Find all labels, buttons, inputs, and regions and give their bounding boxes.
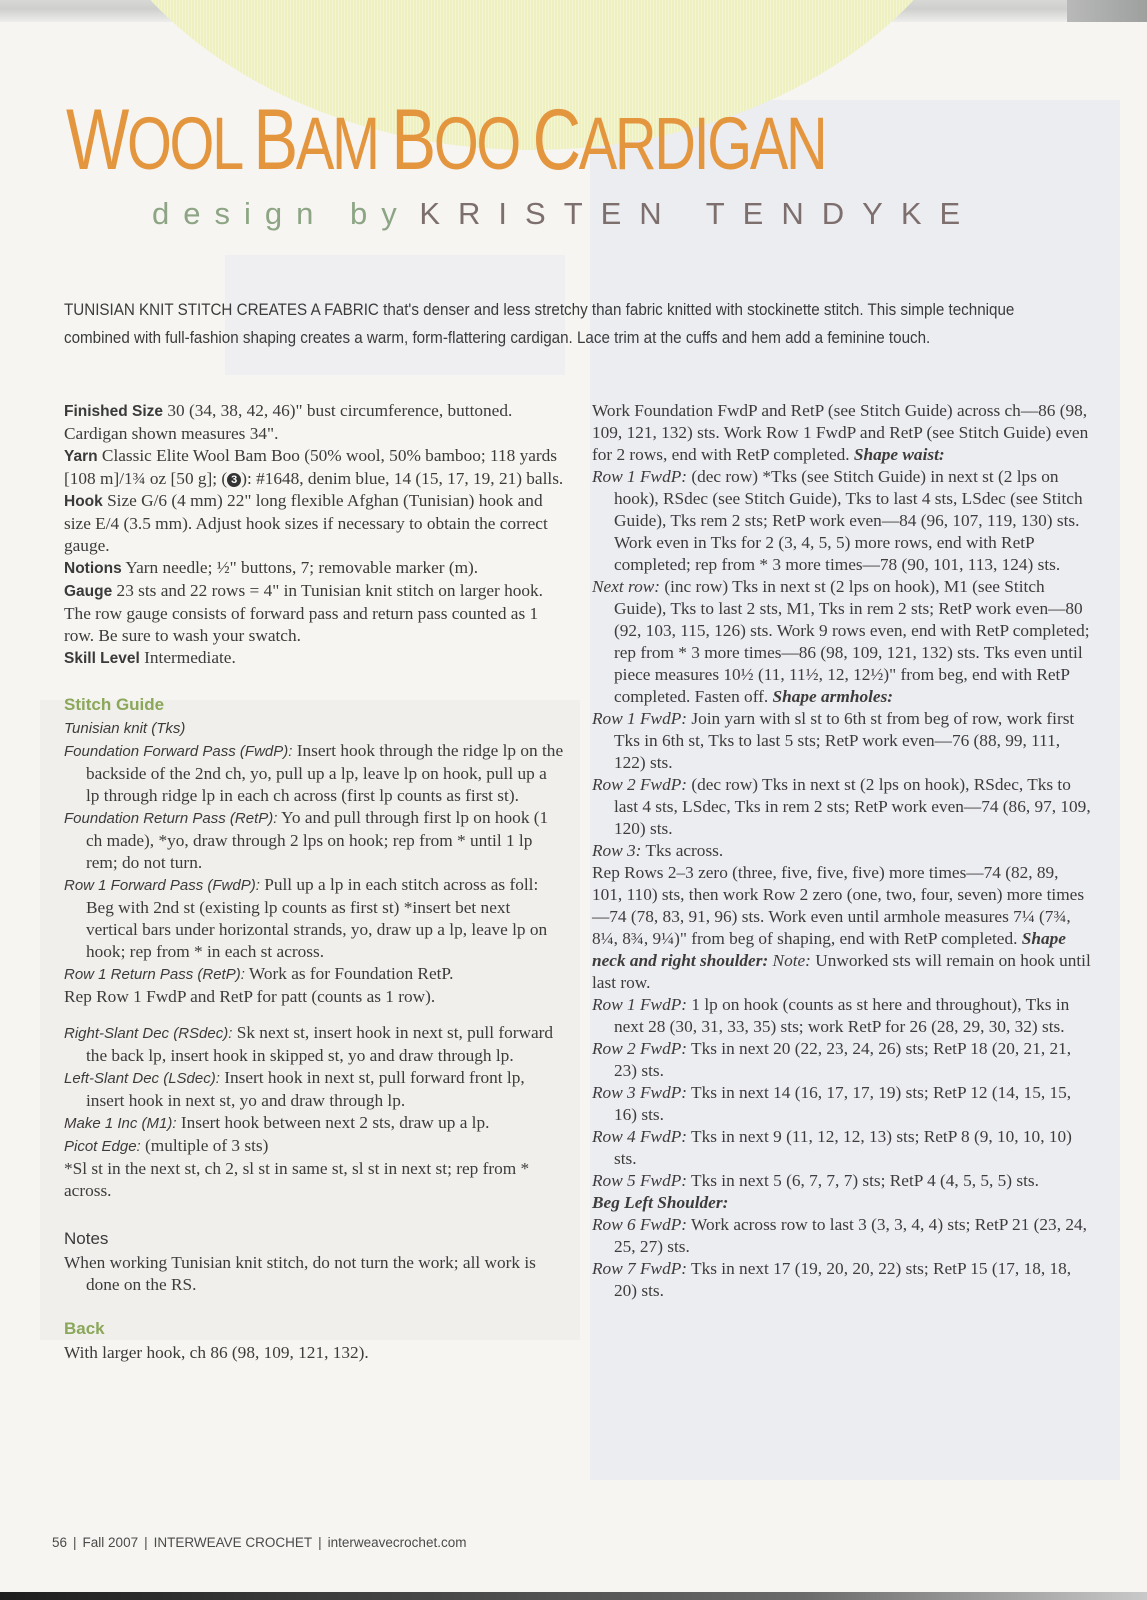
- section-label: Shape armholes:: [773, 687, 894, 706]
- stitch-entry: Make 1 Inc (M1): Insert hook between nex…: [64, 1112, 564, 1135]
- spec-key: Notions: [64, 560, 122, 577]
- spec-value: 23 sts and 22 rows = 4" in Tunisian knit…: [64, 581, 543, 645]
- stitch-entry: Row 1 Return Pass (RetP): Work as for Fo…: [64, 963, 564, 986]
- stitch-term: Row 1 Forward Pass (FwdP):: [64, 877, 260, 894]
- row-label: Row 7 FwdP:: [592, 1259, 687, 1278]
- spec-hook: Hook Size G/6 (4 mm) 22" long flexible A…: [64, 490, 564, 557]
- footer-separator: |: [144, 1535, 148, 1550]
- stitch-term: Make 1 Inc (M1):: [64, 1115, 177, 1132]
- row-label: Row 2 FwdP:: [592, 775, 687, 794]
- spec-finished-size: Finished Size 30 (34, 38, 42, 46)" bust …: [64, 400, 564, 445]
- rep-line: Rep Row 1 FwdP and RetP for patt (counts…: [64, 986, 564, 1008]
- stitch-guide-heading: Stitch Guide: [64, 694, 564, 716]
- row-label: Row 1 FwdP:: [592, 709, 687, 728]
- back-heading: Back: [64, 1318, 564, 1340]
- spec-gauge: Gauge 23 sts and 22 rows = 4" in Tunisia…: [64, 580, 564, 647]
- stitch-entry: Left-Slant Dec (LSdec): Insert hook in n…: [64, 1067, 564, 1112]
- row-text: Tks in next 5 (6, 7, 7, 7) sts; RetP 4 (…: [687, 1171, 1039, 1190]
- row-instruction: Row 4 FwdP: Tks in next 9 (11, 12, 12, 1…: [592, 1126, 1092, 1170]
- back-text: With larger hook, ch 86 (98, 109, 121, 1…: [64, 1342, 564, 1364]
- stitch-entry: Picot Edge: (multiple of 3 sts): [64, 1135, 564, 1158]
- spec-key: Gauge: [64, 583, 112, 600]
- stitch-text: Insert hook between next 2 sts, draw up …: [177, 1113, 490, 1132]
- spec-value: Intermediate.: [140, 648, 236, 667]
- left-shoulder-heading: Beg Left Shoulder:: [592, 1192, 1092, 1214]
- instruction-text: Work Foundation FwdP and RetP (see Stitc…: [592, 401, 1088, 464]
- row-label: Row 5 FwdP:: [592, 1171, 687, 1190]
- notes-text: When working Tunisian knit stitch, do no…: [64, 1252, 564, 1296]
- byline-prefix: design by: [152, 196, 411, 231]
- stitch-entry: Foundation Return Pass (RetP): Yo and pu…: [64, 807, 564, 874]
- row-instruction: Row 2 FwdP: (dec row) Tks in next st (2 …: [592, 774, 1092, 840]
- row-instruction: Row 6 FwdP: Work across row to last 3 (3…: [592, 1214, 1092, 1258]
- section-label: Beg Left Shoulder:: [592, 1193, 728, 1212]
- page-footer: 56|Fall 2007|INTERWEAVE CROCHET|interwea…: [52, 1535, 466, 1550]
- spec-skill-level: Skill Level Intermediate.: [64, 647, 564, 670]
- row-label: Row 1 FwdP:: [592, 995, 687, 1014]
- yarn-weight-icon: 3: [227, 473, 241, 487]
- stitch-term: Foundation Return Pass (RetP):: [64, 810, 277, 827]
- stitch-entry: Foundation Forward Pass (FwdP): Insert h…: [64, 740, 564, 807]
- row-instruction: Next row: (inc row) Tks in next st (2 lp…: [592, 576, 1092, 708]
- title-letter: W: [66, 92, 127, 188]
- stitch-term: Picot Edge:: [64, 1138, 141, 1155]
- notes-heading: Notes: [64, 1228, 564, 1250]
- title-letter: C: [533, 92, 579, 188]
- magazine-name: INTERWEAVE CROCHET: [154, 1535, 313, 1550]
- stitch-term: Left-Slant Dec (LSdec):: [64, 1070, 220, 1087]
- spec-notions: Notions Yarn needle; ½" buttons, 7; remo…: [64, 557, 564, 580]
- spec-yarn: Yarn Classic Elite Wool Bam Boo (50% woo…: [64, 445, 564, 490]
- back-instructions: Work Foundation FwdP and RetP (see Stitc…: [592, 400, 1092, 466]
- spec-value: Size G/6 (4 mm) 22" long flexible Afghan…: [64, 491, 548, 555]
- intro-lead: TUNISIAN KNIT STITCH CREATES A FABRIC: [64, 301, 379, 319]
- title-word: ARDIGAN: [579, 102, 826, 185]
- row-label: Row 1 FwdP:: [592, 467, 687, 486]
- stitch-text: (multiple of 3 sts): [141, 1136, 269, 1155]
- stitch-guide-subheading: Tunisian knit (Tks): [64, 718, 564, 740]
- row-instruction: Row 1 FwdP: Join yarn with sl st to 6th …: [592, 708, 1092, 774]
- stitch-term: Row 1 Return Pass (RetP):: [64, 966, 245, 983]
- footer-separator: |: [73, 1535, 77, 1550]
- title-word: OOL: [127, 102, 240, 185]
- spec-key: Skill Level: [64, 650, 140, 667]
- instruction-text: Rep Rows 2–3 zero (three, five, five, fi…: [592, 863, 1084, 948]
- picot-line: *Sl st in the next st, ch 2, sl st in sa…: [64, 1158, 564, 1202]
- stitch-term: Foundation Forward Pass (FwdP):: [64, 743, 292, 760]
- footer-separator: |: [318, 1535, 322, 1550]
- designer-name: KRISTEN TENDYKE: [419, 196, 978, 231]
- website-link[interactable]: interweavecrochet.com: [328, 1535, 467, 1550]
- row-label: Row 3 FwdP:: [592, 1083, 687, 1102]
- scan-bottom-edge: [0, 1592, 1147, 1600]
- row-label: Row 6 FwdP:: [592, 1215, 687, 1234]
- row-instruction: Row 3 FwdP: Tks in next 14 (16, 17, 17, …: [592, 1082, 1092, 1126]
- stitch-term: Right-Slant Dec (RSdec):: [64, 1025, 232, 1042]
- title-letter: B: [253, 92, 295, 188]
- title-letter: B: [391, 92, 433, 188]
- byline: design by KRISTEN TENDYKE: [152, 196, 978, 232]
- row-label: Row 3:: [592, 841, 641, 860]
- issue: Fall 2007: [83, 1535, 139, 1550]
- row-label: Row 2 FwdP:: [592, 1039, 687, 1058]
- page-number: 56: [52, 1535, 67, 1550]
- row-label: Row 4 FwdP:: [592, 1127, 687, 1146]
- row-text: Tks across.: [641, 841, 723, 860]
- row-instruction: Row 7 FwdP: Tks in next 17 (19, 20, 20, …: [592, 1258, 1092, 1302]
- scan-top-edge-shadow: [1067, 0, 1147, 22]
- spec-key: Finished Size: [64, 403, 163, 420]
- right-column: Work Foundation FwdP and RetP (see Stitc…: [592, 400, 1092, 1302]
- row-label: Next row:: [592, 577, 660, 596]
- title-word: OO: [434, 102, 519, 185]
- row-instruction: Row 1 FwdP: (dec row) *Tks (see Stitch G…: [592, 466, 1092, 576]
- stitch-entry: Row 1 Forward Pass (FwdP): Pull up a lp …: [64, 874, 564, 963]
- note-label: Note:: [768, 951, 811, 970]
- armhole-instructions: Rep Rows 2–3 zero (three, five, five, fi…: [592, 862, 1092, 994]
- row-instruction: Row 5 FwdP: Tks in next 5 (6, 7, 7, 7) s…: [592, 1170, 1092, 1192]
- intro-paragraph: TUNISIAN KNIT STITCH CREATES A FABRIC th…: [64, 296, 1076, 352]
- left-column: Finished Size 30 (34, 38, 42, 46)" bust …: [64, 400, 564, 1364]
- row-instruction: Row 3: Tks across.: [592, 840, 1092, 862]
- row-instruction: Row 2 FwdP: Tks in next 20 (22, 23, 24, …: [592, 1038, 1092, 1082]
- spec-value: Yarn needle; ½" buttons, 7; removable ma…: [122, 558, 478, 577]
- spec-key: Yarn: [64, 448, 98, 465]
- spec-value: ): #1648, denim blue, 14 (15, 17, 19, 21…: [241, 469, 563, 488]
- section-label: Shape waist:: [854, 445, 945, 464]
- row-instruction: Row 1 FwdP: 1 lp on hook (counts as st h…: [592, 994, 1092, 1038]
- title-word: AM: [296, 102, 378, 185]
- spec-key: Hook: [64, 493, 103, 510]
- stitch-entry: Right-Slant Dec (RSdec): Sk next st, ins…: [64, 1022, 564, 1067]
- page-title: WOOL BAM BOO CARDIGAN: [66, 95, 825, 189]
- stitch-text: Work as for Foundation RetP.: [245, 964, 454, 983]
